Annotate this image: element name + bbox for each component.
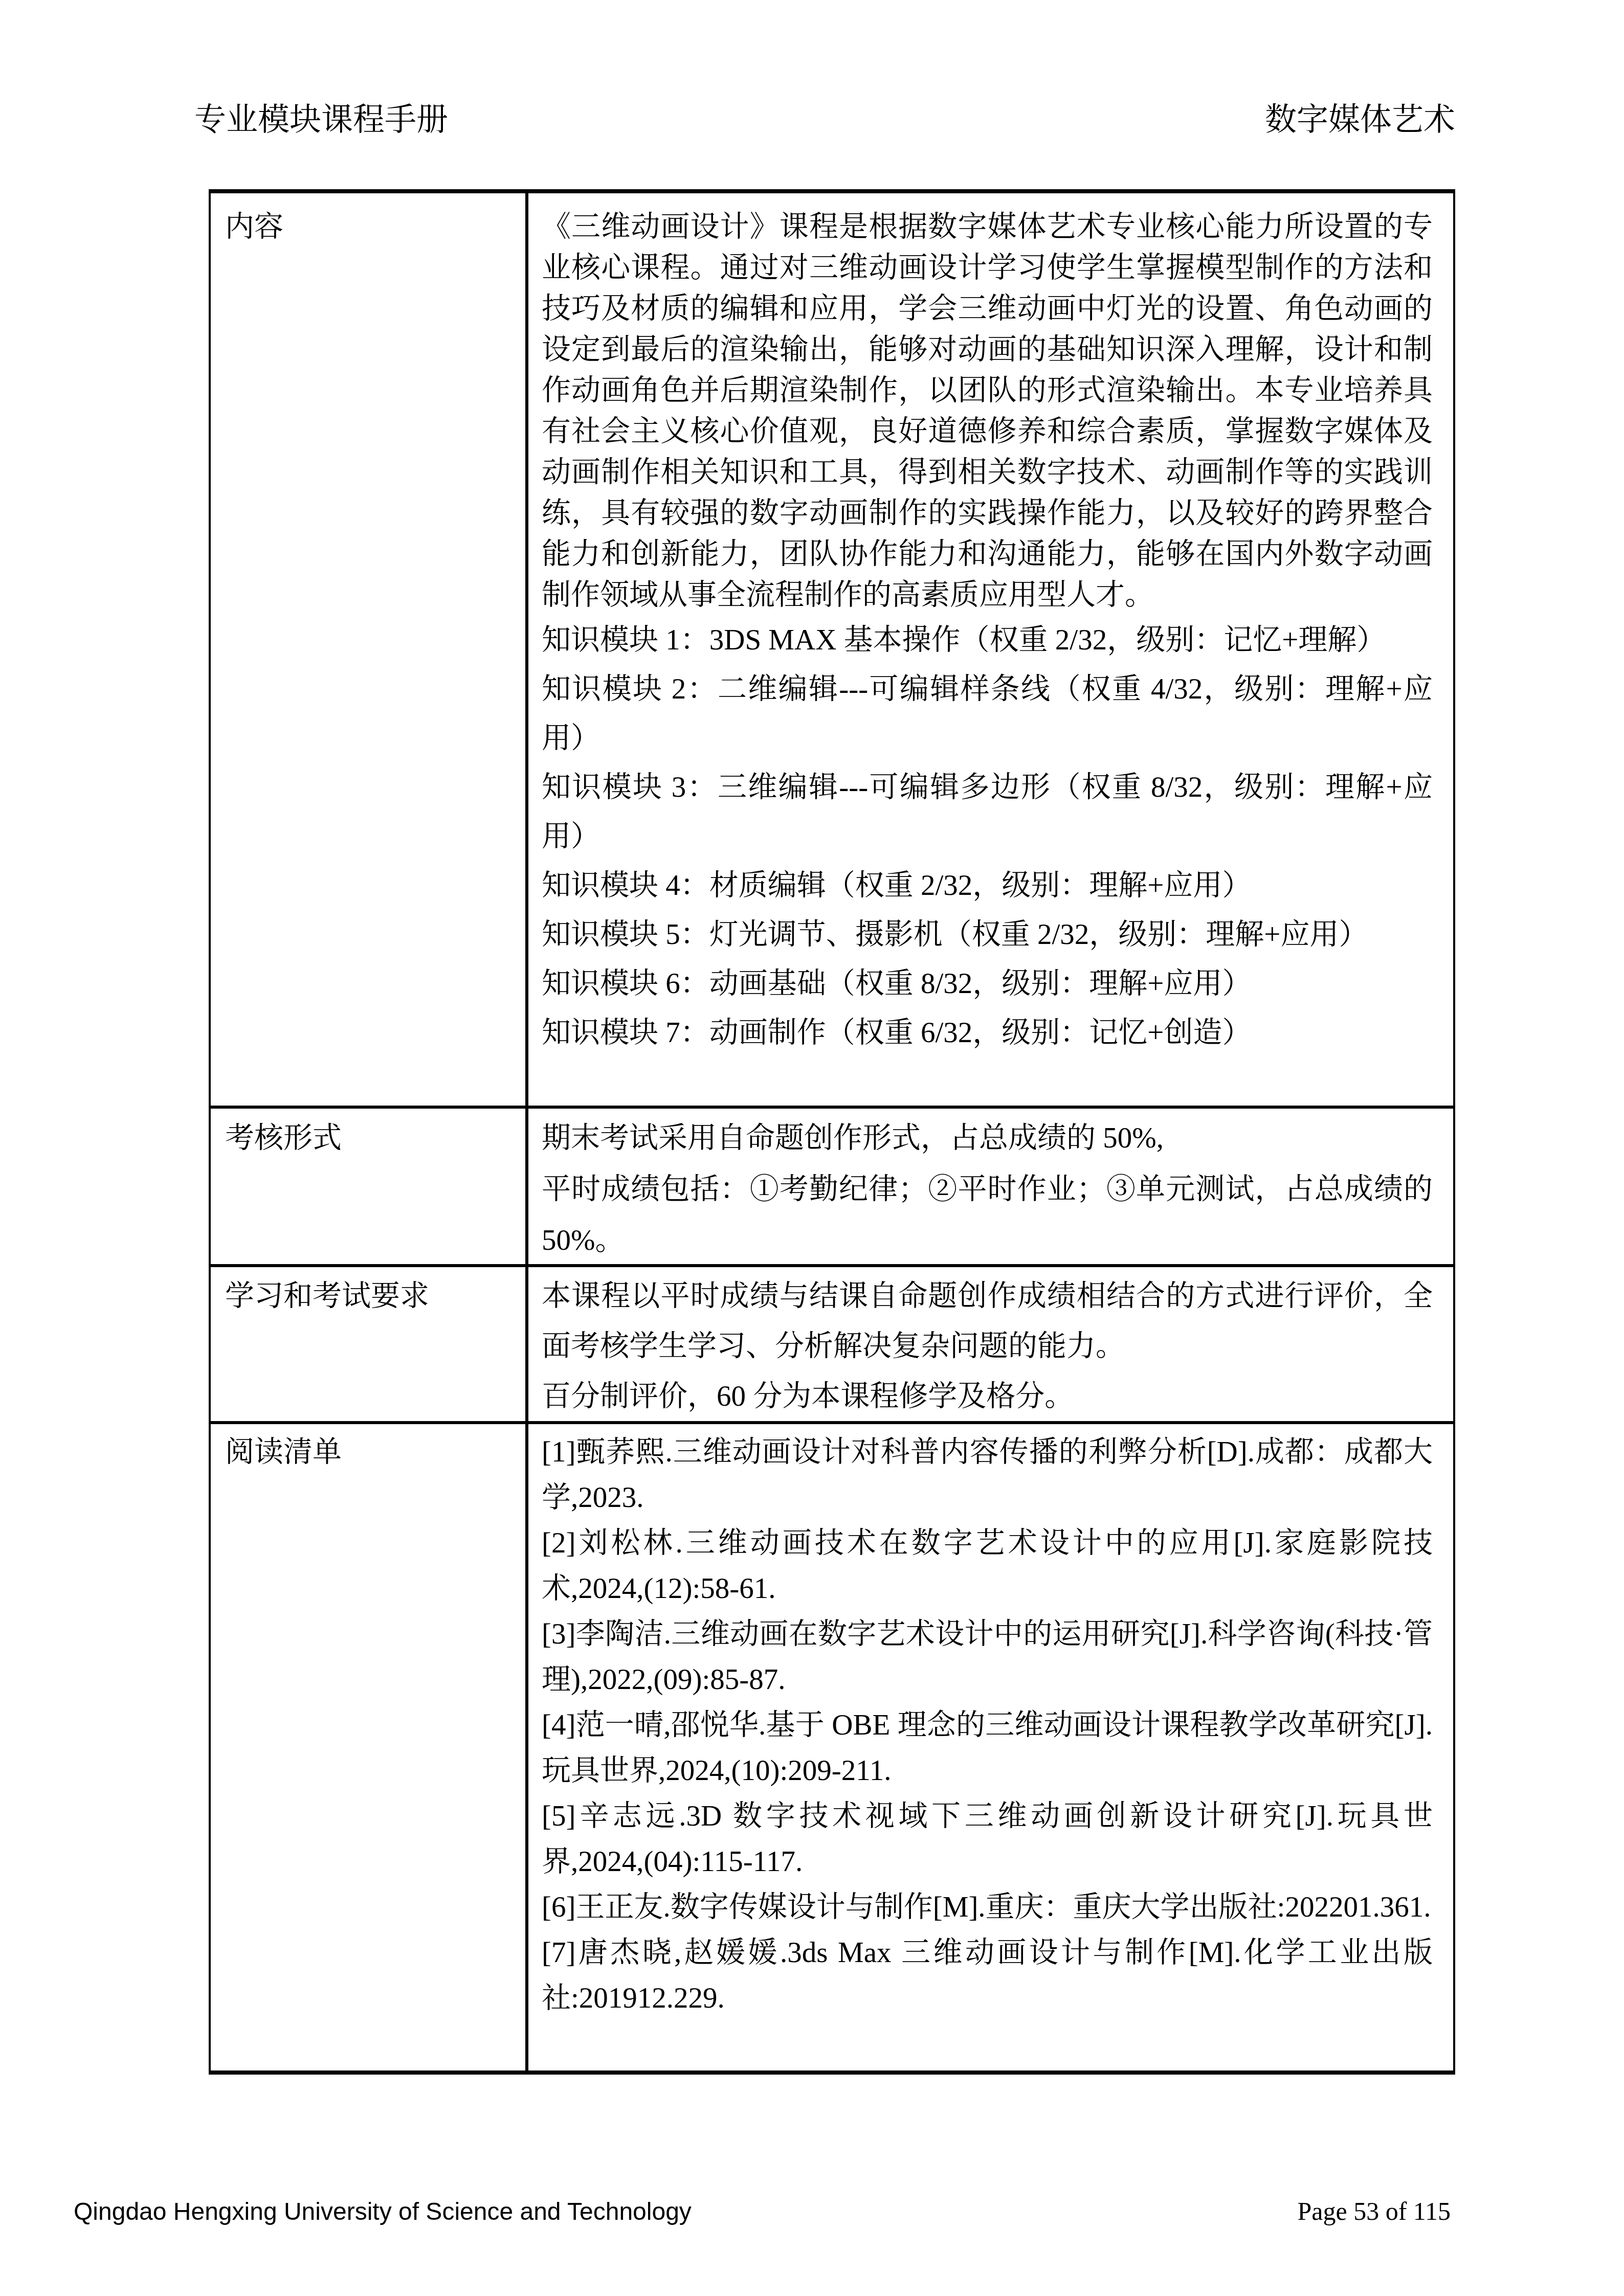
reading-list-item-5: [5]辛志远.3D 数字技术视域下三维动画创新设计研究[J].玩具世界,2024… <box>542 1793 1433 1884</box>
reading-list-item-1: [1]甄荞熙.三维动画设计对科普内容传播的利弊分析[D].成都：成都大学,202… <box>542 1429 1433 1520</box>
page-footer: Qingdao Hengxing University of Science a… <box>74 2196 1451 2226</box>
row-body-requirements: 本课程以平时成绩与结课自命题创作成绩相结合的方式进行评价，全面考核学生学习、分析… <box>528 1267 1453 1421</box>
reading-list-item-3: [3]李陶洁.三维动画在数字艺术设计中的运用研究[J].科学咨询(科技·管理),… <box>542 1611 1433 1702</box>
row-label-content: 内容 <box>211 193 528 1106</box>
reading-list-item-7: [7]唐杰晓,赵媛媛.3ds Max 三维动画设计与制作[M].化学工业出版社:… <box>542 1930 1433 2021</box>
table-row-reading-list: 阅读清单 [1]甄荞熙.三维动画设计对科普内容传播的利弊分析[D].成都：成都大… <box>211 1421 1453 2070</box>
row-label-assessment: 考核形式 <box>211 1109 528 1264</box>
knowledge-module-2: 知识模块 2：二维编辑---可编辑样条线（权重 4/32，级别：理解+应用） <box>542 665 1433 763</box>
header-right-title: 数字媒体艺术 <box>1265 101 1455 139</box>
knowledge-module-3: 知识模块 3：三维编辑---可编辑多边形（权重 8/32，级别：理解+应用） <box>542 763 1433 861</box>
knowledge-module-7: 知识模块 7：动画制作（权重 6/32，级别：记忆+创造） <box>542 1008 1433 1057</box>
assessment-final-exam: 期末考试采用自命题创作形式，占总成绩的 50%, <box>542 1113 1433 1164</box>
table-row-assessment: 考核形式 期末考试采用自命题创作形式，占总成绩的 50%, 平时成绩包括：①考勤… <box>211 1106 1453 1264</box>
knowledge-module-6: 知识模块 6：动画基础（权重 8/32，级别：理解+应用） <box>542 959 1433 1008</box>
reading-list-item-6: [6]王正友.数字传媒设计与制作[M].重庆：重庆大学出版社:202201.36… <box>542 1884 1433 1930</box>
course-info-table: 内容 《三维动画设计》课程是根据数字媒体艺术专业核心能力所设置的专业核心课程。通… <box>209 189 1455 2075</box>
table-row-content: 内容 《三维动画设计》课程是根据数字媒体艺术专业核心能力所设置的专业核心课程。通… <box>211 193 1453 1106</box>
table-row-requirements: 学习和考试要求 本课程以平时成绩与结课自命题创作成绩相结合的方式进行评价，全面考… <box>211 1264 1453 1421</box>
knowledge-module-1: 知识模块 1：3DS MAX 基本操作（权重 2/32，级别：记忆+理解） <box>542 616 1433 665</box>
row-body-reading-list: [1]甄荞熙.三维动画设计对科普内容传播的利弊分析[D].成都：成都大学,202… <box>528 1424 1453 2070</box>
page-header: 专业模块课程手册 数字媒体艺术 <box>194 101 1455 139</box>
requirements-passing-score: 百分制评价，60 分为本课程修学及格分。 <box>542 1371 1433 1421</box>
requirements-evaluation: 本课程以平时成绩与结课自命题创作成绩相结合的方式进行评价，全面考核学生学习、分析… <box>542 1271 1433 1371</box>
knowledge-module-5: 知识模块 5：灯光调节、摄影机（权重 2/32，级别：理解+应用） <box>542 910 1433 959</box>
row-label-reading-list: 阅读清单 <box>211 1424 528 2070</box>
footer-page-number: Page 53 of 115 <box>1298 2196 1451 2226</box>
row-body-content: 《三维动画设计》课程是根据数字媒体艺术专业核心能力所设置的专业核心课程。通过对三… <box>528 193 1453 1106</box>
reading-list-item-2: [2]刘松林.三维动画技术在数字艺术设计中的应用[J].家庭影院技术,2024,… <box>542 1520 1433 1611</box>
footer-university-name: Qingdao Hengxing University of Science a… <box>74 2198 692 2226</box>
knowledge-module-4: 知识模块 4：材质编辑（权重 2/32，级别：理解+应用） <box>542 861 1433 910</box>
assessment-regular-grade: 平时成绩包括：①考勤纪律；②平时作业；③单元测试，占总成绩的 50%。 <box>542 1164 1433 1264</box>
content-intro-paragraph: 《三维动画设计》课程是根据数字媒体艺术专业核心能力所设置的专业核心课程。通过对三… <box>542 207 1433 616</box>
reading-list-item-4: [4]范一晴,邵悦华.基于 OBE 理念的三维动画设计课程教学改革研究[J].玩… <box>542 1702 1433 1793</box>
row-body-assessment: 期末考试采用自命题创作形式，占总成绩的 50%, 平时成绩包括：①考勤纪律；②平… <box>528 1109 1453 1264</box>
header-left-title: 专业模块课程手册 <box>194 101 448 139</box>
row-label-requirements: 学习和考试要求 <box>211 1267 528 1421</box>
